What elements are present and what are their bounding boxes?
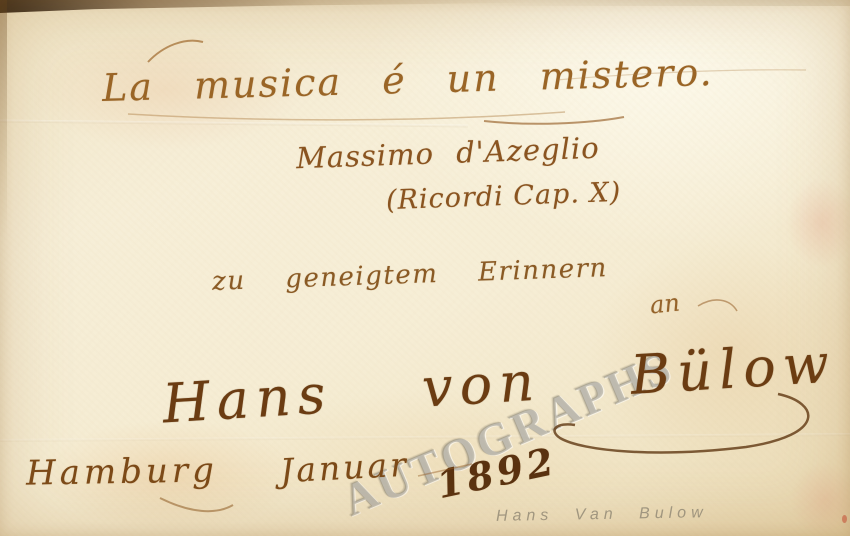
manuscript-photo: AUTOGRAPHS La musica é un mistero. Massi… <box>0 0 850 536</box>
edge-vignette <box>0 0 850 536</box>
